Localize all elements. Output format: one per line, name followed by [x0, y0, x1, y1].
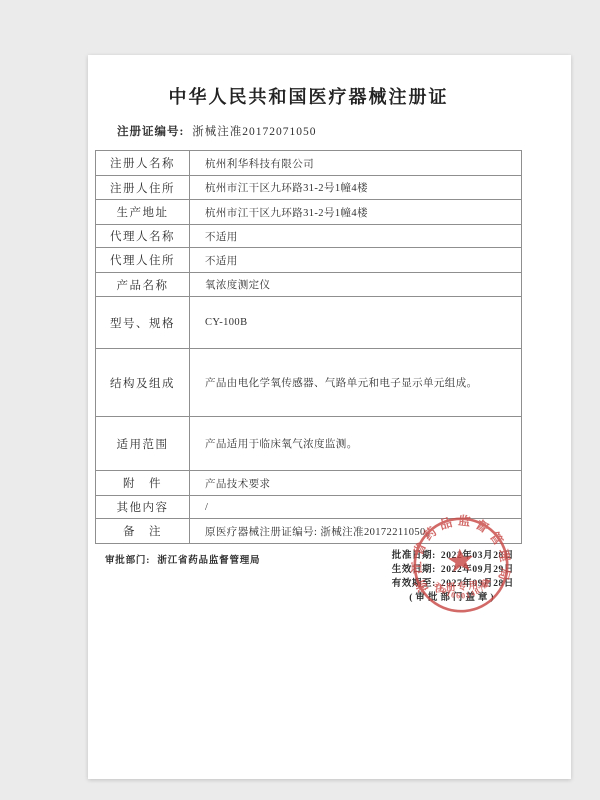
table-row: 适用范围 产品适用于临床氧气浓度监测。: [96, 417, 521, 471]
table-row: 代理人名称 不适用: [96, 225, 521, 248]
row-value: 产品技术要求: [190, 471, 521, 495]
row-value: 不适用: [190, 225, 521, 247]
row-value: 不适用: [190, 248, 521, 272]
certificate-page: 中华人民共和国医疗器械注册证 注册证编号: 浙械注准20172071050 注册…: [88, 55, 571, 779]
table-row: 代理人住所 不适用: [96, 248, 521, 273]
row-label: 备 注: [96, 519, 190, 543]
row-value: CY-100B: [190, 297, 521, 348]
screenshot-root: { "doc": { "title": "中华人民共和国医疗器械注册证", "r…: [0, 0, 600, 800]
row-label: 产品名称: [96, 273, 190, 296]
row-value: 氧浓度测定仪: [190, 273, 521, 296]
row-label: 代理人名称: [96, 225, 190, 247]
row-label: 代理人住所: [96, 248, 190, 272]
table-row: 备 注 原医疗器械注册证编号: 浙械注准20172211050。: [96, 519, 521, 543]
table-row: 结构及组成 产品由电化学氧传感器、气路单元和电子显示单元组成。: [96, 349, 521, 417]
seal-note: (审批部门盖章): [392, 591, 514, 605]
effective-date-label: 生效日期:: [392, 565, 436, 575]
approval-date-value: 2022年03月28日: [441, 551, 514, 561]
row-value: 杭州市江干区九环路31-2号1幢4楼: [190, 176, 521, 199]
row-value: 杭州利华科技有限公司: [190, 151, 521, 175]
row-label: 附 件: [96, 471, 190, 495]
table-row: 产品名称 氧浓度测定仪: [96, 273, 521, 297]
registration-number-line: 注册证编号: 浙械注准20172071050: [117, 123, 316, 139]
approval-department-line: 审批部门: 浙江省药品监督管理局: [105, 552, 260, 566]
table-row: 注册人名称 杭州利华科技有限公司: [96, 151, 521, 176]
table-row: 附 件 产品技术要求: [96, 471, 521, 496]
row-label: 结构及组成: [96, 349, 190, 416]
approval-department-label: 审批部门:: [105, 556, 150, 566]
registration-number-label: 注册证编号:: [117, 126, 184, 138]
effective-date-value: 2022年09月29日: [441, 565, 514, 575]
expiry-date-label: 有效期至:: [392, 579, 436, 589]
page-title: 中华人民共和国医疗器械注册证: [95, 83, 522, 109]
expiry-date-value: 2027年09月28日: [441, 579, 514, 589]
approval-department-value: 浙江省药品监督管理局: [157, 556, 260, 566]
approval-date-line: 批准日期:2022年03月28日: [392, 549, 514, 563]
row-value: /: [190, 496, 521, 518]
row-value: 杭州市江干区九环路31-2号1幢4楼: [190, 200, 521, 224]
row-label: 生产地址: [96, 200, 190, 224]
approval-date-label: 批准日期:: [392, 551, 436, 561]
row-label: 注册人住所: [96, 176, 190, 199]
row-label: 注册人名称: [96, 151, 190, 175]
table-row: 注册人住所 杭州市江干区九环路31-2号1幢4楼: [96, 176, 521, 200]
expiry-date-line: 有效期至:2027年09月28日: [392, 577, 514, 591]
row-label: 型号、规格: [96, 297, 190, 348]
certificate-table: 注册人名称 杭州利华科技有限公司 注册人住所 杭州市江干区九环路31-2号1幢4…: [95, 150, 522, 544]
row-value: 原医疗器械注册证编号: 浙械注准20172211050。: [190, 519, 521, 543]
dates-block: 批准日期:2022年03月28日 生效日期:2022年09月29日 有效期至:2…: [392, 549, 514, 605]
registration-number-value: 浙械注准20172071050: [192, 126, 316, 138]
effective-date-line: 生效日期:2022年09月29日: [392, 563, 514, 577]
row-label: 其他内容: [96, 496, 190, 518]
row-label: 适用范围: [96, 417, 190, 470]
table-row: 型号、规格 CY-100B: [96, 297, 521, 349]
row-value: 产品由电化学氧传感器、气路单元和电子显示单元组成。: [190, 349, 521, 416]
table-row: 其他内容 /: [96, 496, 521, 519]
table-row: 生产地址 杭州市江干区九环路31-2号1幢4楼: [96, 200, 521, 225]
row-value: 产品适用于临床氧气浓度监测。: [190, 417, 521, 470]
